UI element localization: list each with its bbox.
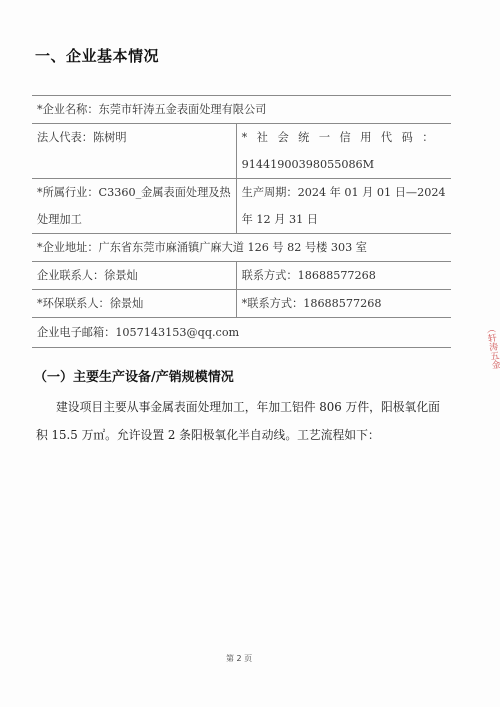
table-row: 企业电子邮箱：1057143153@qq.com <box>32 318 451 348</box>
company-address: *企业地址：广东省东莞市麻涌镇广麻大道 126 号 82 号楼 303 室 <box>37 234 446 261</box>
industry-cell: *所属行业：C3360_金属表面处理及热 处理加工 <box>32 179 236 234</box>
description-paragraph: 建设项目主要从事金属表面处理加工，年加工铝件 806 万件，阳极氧化面 积 15… <box>36 393 436 449</box>
credit-code-value: 91441900398055086M <box>242 151 446 178</box>
address-cell: *企业地址：广东省东莞市麻涌镇广麻大道 126 号 82 号楼 303 室 <box>32 234 451 262</box>
production-period-cell: 生产周期：2024 年 01 月 01 日—2024 年 12 月 31 日 <box>236 179 450 234</box>
contact-phone: 联系方式：18688577268 <box>242 262 446 289</box>
industry-line-2: 处理加工 <box>37 206 231 233</box>
company-name: *企业名称：东莞市轩涛五金表面处理有限公司 <box>37 96 446 123</box>
credit-code-cell: *社会统一信用代码： 91441900398055086M <box>236 124 450 179</box>
table-row: 企业联系人：徐景灿 联系方式：18688577268 <box>32 262 451 290</box>
table-row: *环保联系人：徐景灿 *联系方式：18688577268 <box>32 290 451 318</box>
paragraph-line-2: 积 15.5 万㎡。允许设置 2 条阳极氧化半自动线。工艺流程如下： <box>36 421 436 449</box>
section-title: 一、企业基本情况 <box>35 45 159 66</box>
email-cell: 企业电子邮箱：1057143153@qq.com <box>32 318 451 348</box>
env-contact-person-cell: *环保联系人：徐景灿 <box>32 290 236 318</box>
legal-rep-cell: 法人代表：陈树明 <box>32 124 236 179</box>
company-seal-stamp: （轩涛五金 <box>472 324 500 411</box>
env-contact-person: *环保联系人：徐景灿 <box>37 290 231 317</box>
subsection-title: （一）主要生产设备/产销规模情况 <box>34 366 234 385</box>
company-name-cell: *企业名称：东莞市轩涛五金表面处理有限公司 <box>32 96 451 124</box>
production-period-line-2: 年 12 月 31 日 <box>242 206 446 233</box>
env-contact-phone: *联系方式：18688577268 <box>242 290 446 317</box>
env-contact-phone-cell: *联系方式：18688577268 <box>236 290 450 318</box>
company-email: 企业电子邮箱：1057143153@qq.com <box>37 318 446 347</box>
credit-code-label: *社会统一信用代码： <box>242 124 446 151</box>
table-row: *所属行业：C3360_金属表面处理及热 处理加工 生产周期：2024 年 01… <box>32 179 451 234</box>
production-period-line-1: 生产周期：2024 年 01 月 01 日—2024 <box>242 179 446 206</box>
contact-person: 企业联系人：徐景灿 <box>37 262 231 289</box>
table-row: *企业地址：广东省东莞市麻涌镇广麻大道 126 号 82 号楼 303 室 <box>32 234 451 262</box>
paragraph-line-1: 建设项目主要从事金属表面处理加工，年加工铝件 806 万件，阳极氧化面 <box>36 393 436 421</box>
page-number: 第 2 页 <box>226 653 252 664</box>
contact-person-cell: 企业联系人：徐景灿 <box>32 262 236 290</box>
contact-phone-cell: 联系方式：18688577268 <box>236 262 450 290</box>
table-row: *企业名称：东莞市轩涛五金表面处理有限公司 <box>32 96 451 124</box>
legal-rep: 法人代表：陈树明 <box>37 124 231 151</box>
company-info-table: *企业名称：东莞市轩涛五金表面处理有限公司 法人代表：陈树明 *社会统一信用代码… <box>32 95 451 348</box>
table-row: 法人代表：陈树明 *社会统一信用代码： 91441900398055086M <box>32 124 451 179</box>
industry-line-1: *所属行业：C3360_金属表面处理及热 <box>37 179 231 206</box>
